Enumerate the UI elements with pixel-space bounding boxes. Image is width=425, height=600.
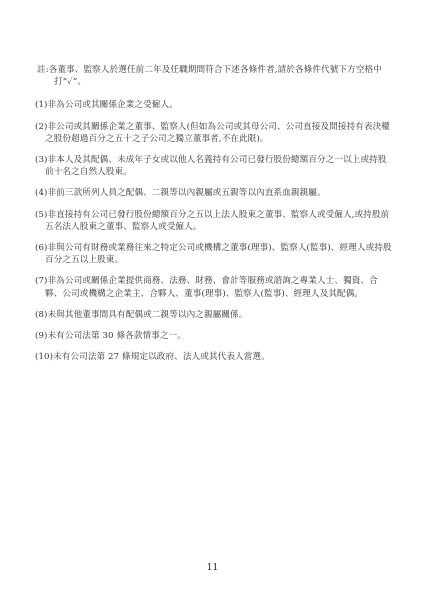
page-number: 11: [0, 563, 425, 573]
note-paragraph: 註:各董事、監察人於選任前二年及任職期間符合下述各條件者,請於各條件代號下方空格…: [37, 64, 395, 88]
condition-number: (10): [35, 352, 53, 362]
condition-item-6: (6)非與公司有財務或業務往來之特定公司或機構之董事(理事)、監察人(監事)、經…: [35, 242, 395, 266]
condition-item-8: (8)未與其他董事間具有配偶或二親等以內之親屬關係。: [35, 309, 395, 321]
condition-number: (9): [35, 331, 47, 341]
condition-item-1: (1)非為公司或其關係企業之受僱人。: [35, 99, 395, 111]
condition-number: (3): [35, 155, 47, 165]
condition-item-5: (5)非直接持有公司已發行股份總額百分之五以上法人股東之董事、監察人或受僱人,或…: [35, 209, 395, 233]
condition-number: (5): [35, 210, 47, 220]
condition-text: 未與其他董事間具有配偶或二親等以內之親屬關係。: [47, 310, 247, 320]
condition-number: (8): [35, 310, 47, 320]
condition-number: (1): [35, 100, 47, 110]
condition-item-10: (10)未有公司法第 27 條規定以政府、法人或其代表人當選。: [35, 351, 395, 363]
condition-number: (2): [35, 122, 47, 132]
condition-item-2: (2)非公司或其關係企業之董事、監察人(但如為公司或其母公司、公司直接及間接持有…: [35, 121, 395, 145]
condition-text: 非與公司有財務或業務往來之特定公司或機構之董事(理事)、監察人(監事)、經理人或…: [45, 243, 392, 265]
document-page: 註:各董事、監察人於選任前二年及任職期間符合下述各條件者,請於各條件代號下方空格…: [0, 0, 425, 600]
condition-text: 非前三款所列人員之配偶、二親等以內親屬或五親等以內直系血親親屬。: [47, 188, 325, 198]
page-content: 註:各董事、監察人於選任前二年及任職期間符合下述各條件者,請於各條件代號下方空格…: [35, 64, 395, 372]
condition-text: 未有公司法第 30 條各款情事之一。: [47, 331, 186, 341]
condition-text: 未有公司法第 27 條規定以政府、法人或其代表人當選。: [53, 352, 270, 362]
condition-text: 非公司或其關係企業之董事、監察人(但如為公司或其母公司、公司直接及間接持有表決權…: [45, 122, 390, 144]
condition-text: 非直接持有公司已發行股份總額百分之五以上法人股東之董事、監察人或受僱人,或持股前…: [45, 210, 389, 232]
note-text: 各董事、監察人於選任前二年及任職期間符合下述各條件者,請於各條件代號下方空格中打…: [49, 65, 382, 87]
condition-text: 非為公司或其關係企業之受僱人。: [47, 100, 177, 110]
condition-item-3: (3)非本人及其配偶、未成年子女或以他人名義持有公司已發行股份總額百分之一以上或…: [35, 154, 395, 178]
note-prefix: 註:: [37, 65, 49, 75]
condition-number: (7): [35, 276, 47, 286]
condition-number: (4): [35, 188, 47, 198]
condition-text: 非本人及其配偶、未成年子女或以他人名義持有公司已發行股份總額百分之一以上或持股前…: [45, 155, 387, 177]
condition-item-4: (4)非前三款所列人員之配偶、二親等以內親屬或五親等以內直系血親親屬。: [35, 187, 395, 199]
condition-number: (6): [35, 243, 47, 253]
condition-text: 非為公司或關係企業提供商務、法務、財務、會計等服務或諮詢之專業人士、獨資、合夥、…: [45, 276, 378, 298]
condition-item-7: (7)非為公司或關係企業提供商務、法務、財務、會計等服務或諮詢之專業人士、獨資、…: [35, 275, 395, 299]
condition-item-9: (9)未有公司法第 30 條各款情事之一。: [35, 330, 395, 342]
